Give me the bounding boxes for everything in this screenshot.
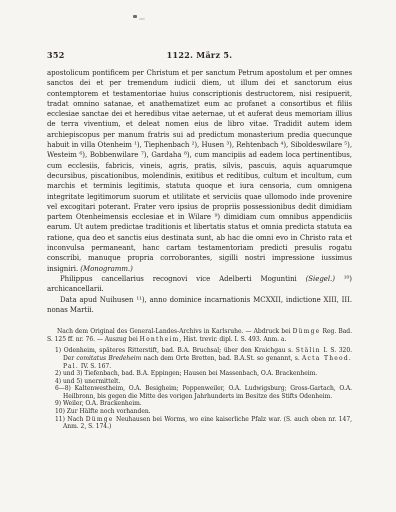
running-head-date: 1122. März 5.: [47, 50, 352, 60]
footnote-4-5: 4) und 5) unermittelt.: [63, 378, 352, 386]
scanned-book-page: 352 1122. März 5. apostolicum pontificem…: [0, 0, 396, 512]
text-column: 352 1122. März 5. apostolicum pontificem…: [47, 50, 352, 431]
scan-speck-artifact: [133, 15, 137, 18]
page-header: 352 1122. März 5.: [47, 50, 352, 60]
footnote-10: 10) Zur Hälfte noch vorhanden.: [63, 408, 352, 416]
charter-main-text: apostolicum pontificem per Christum et p…: [47, 68, 352, 274]
page-number: 352: [47, 50, 65, 60]
source-note: Nach dem Original des General-Landes-Arc…: [47, 328, 352, 343]
footnote-block: Nach dem Original des General-Landes-Arc…: [47, 328, 352, 431]
dateline: Data apud Nuihusen ¹¹), anno dominice in…: [47, 295, 352, 316]
footnote-2-3: 2) und 3) Tiefenbach, bad. B.A. Eppingen…: [63, 370, 352, 378]
footnote-1: 1) Odenheim, späteres Ritterstift, bad. …: [63, 347, 352, 370]
footnote-11: 11) Nach Dümge Neuhausen bei Worms, wo e…: [63, 416, 352, 431]
footnote-9: 9) Weiler, O.A. Brackenheim.: [63, 400, 352, 408]
chancellor-signature-line: Philippus cancellarius recognovi vice Ad…: [47, 274, 352, 295]
scan-smudge-artifact: [139, 18, 145, 20]
footnote-6-8: 6—8) Kaltenwestheim, O.A. Besigheim; Pop…: [63, 385, 352, 400]
